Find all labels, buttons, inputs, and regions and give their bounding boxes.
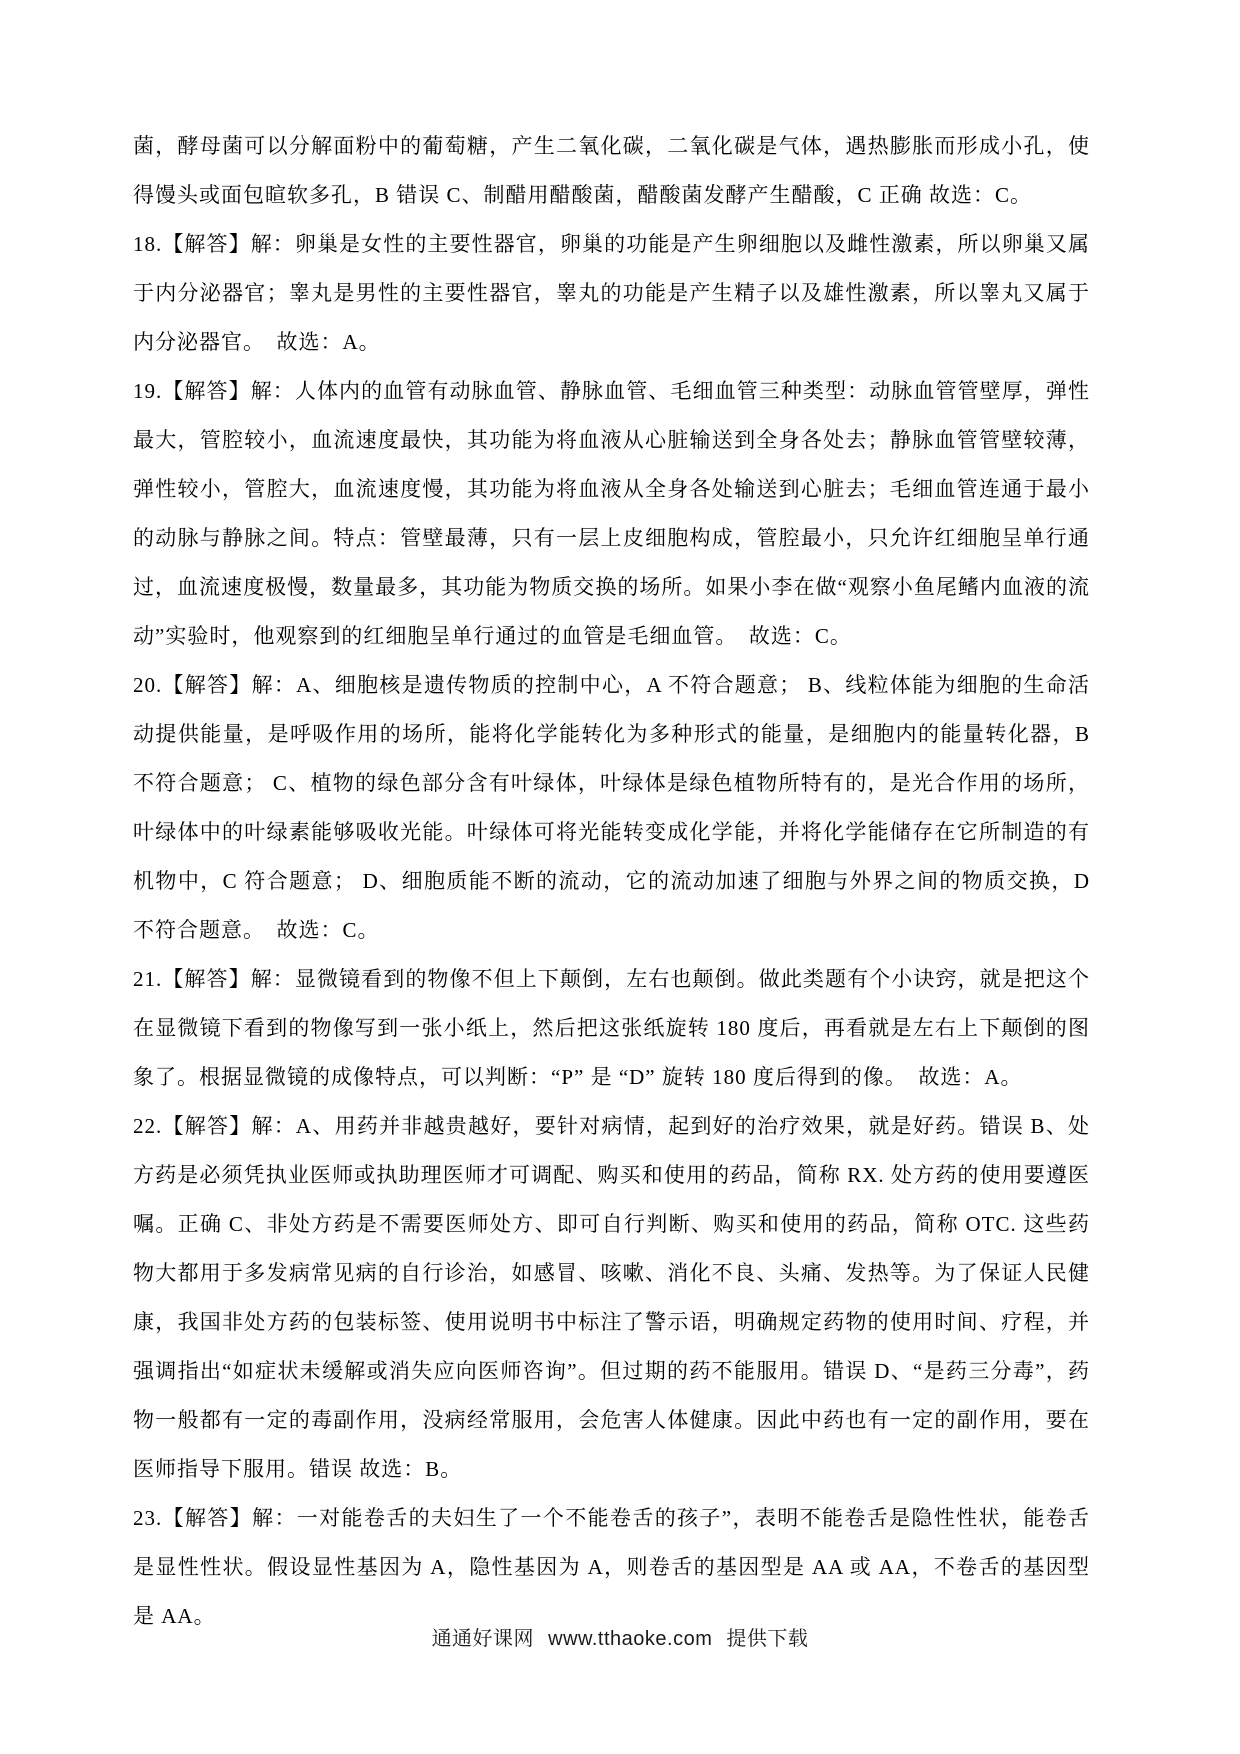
answer-18: 18.【解答】解：卵巢是女性的主要性器官，卵巢的功能是产生卵细胞以及雌性激素，所…	[133, 220, 1090, 367]
answer-22: 22.【解答】解：A、用药并非越贵越好，要针对病情，起到好的治疗效果，就是好药。…	[133, 1102, 1090, 1494]
answer-continuation-17: 菌，酵母菌可以分解面粉中的葡萄糖，产生二氧化碳，二氧化碳是气体，遇热膨胀而形成小…	[133, 122, 1090, 220]
answers-text-block: 菌，酵母菌可以分解面粉中的葡萄糖，产生二氧化碳，二氧化碳是气体，遇热膨胀而形成小…	[133, 122, 1090, 1641]
answer-23: 23.【解答】解：一对能卷舌的夫妇生了一个不能卷舌的孩子”，表明不能卷舌是隐性性…	[133, 1494, 1090, 1641]
answer-19: 19.【解答】解：人体内的血管有动脉血管、静脉血管、毛细血管三种类型：动脉血管管…	[133, 367, 1090, 661]
page-footer: 通通好课网 www.tthaoke.com 提供下载	[0, 1622, 1240, 1651]
document-page: 菌，酵母菌可以分解面粉中的葡萄糖，产生二氧化碳，二氧化碳是气体，遇热膨胀而形成小…	[0, 0, 1240, 1754]
answer-21: 21.【解答】解：显微镜看到的物像不但上下颠倒，左右也颠倒。做此类题有个小诀窍，…	[133, 955, 1090, 1102]
answer-20: 20.【解答】解：A、细胞核是遗传物质的控制中心，A 不符合题意； B、线粒体能…	[133, 661, 1090, 955]
footer-download-text: 提供下载	[726, 1628, 808, 1650]
footer-site-name: 通通好课网	[432, 1628, 535, 1650]
footer-site-url: www.tthaoke.com	[548, 1628, 712, 1650]
